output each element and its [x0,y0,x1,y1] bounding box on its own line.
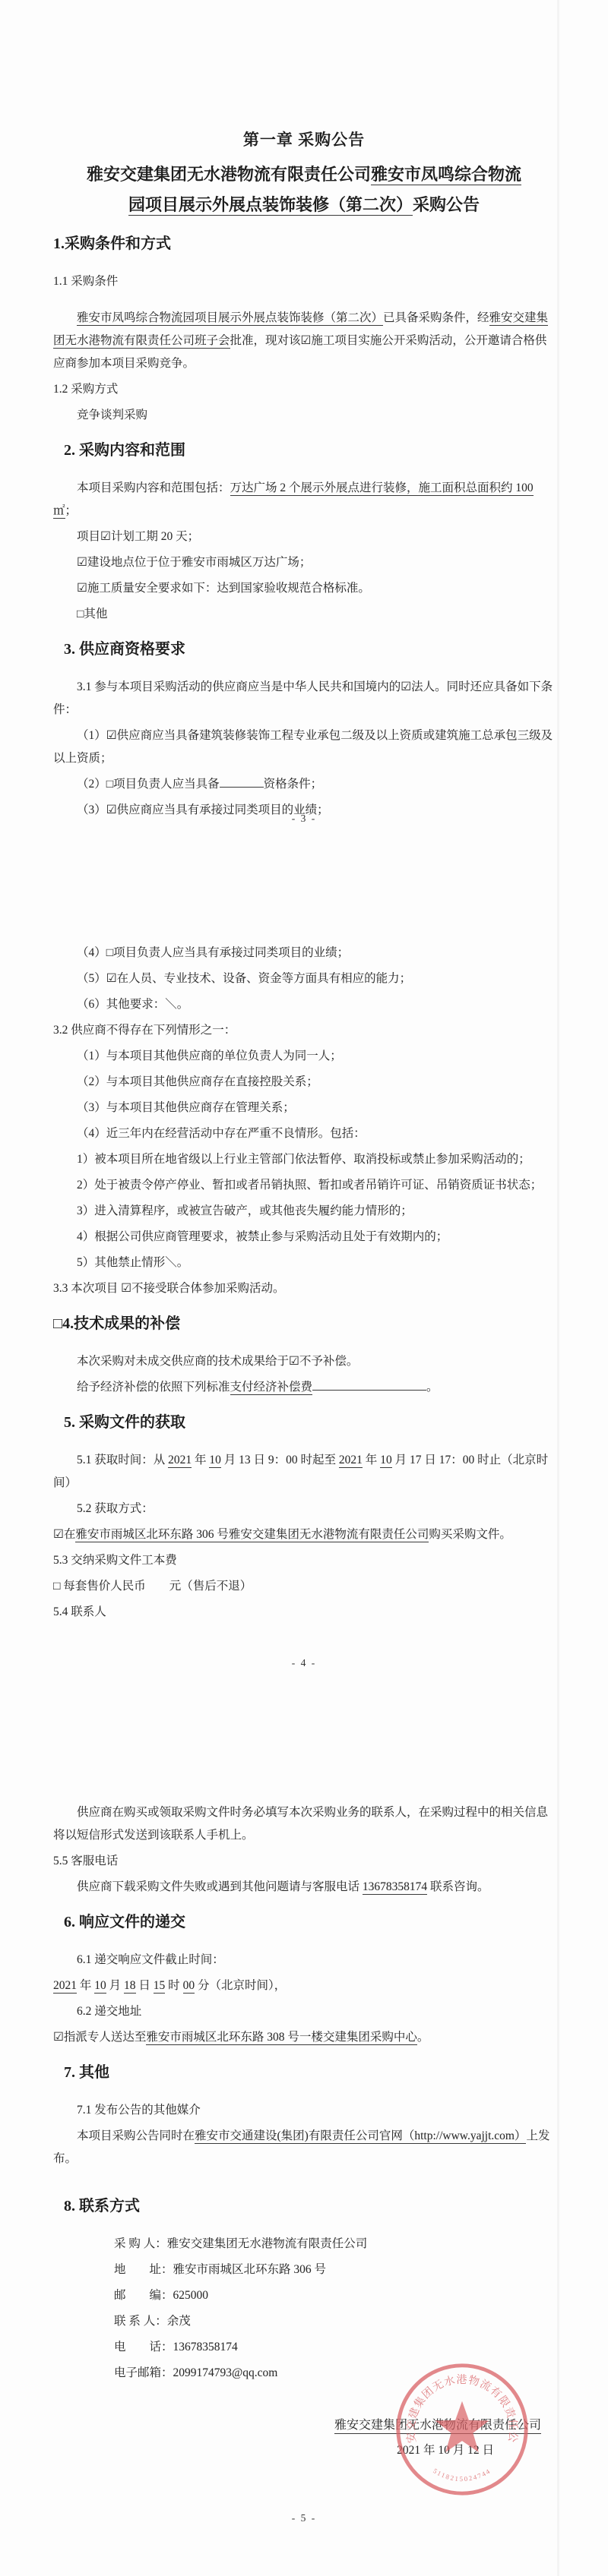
compensation-paragraph: 本次采购对未成交供应商的技术成果给于☑不予补偿。 [53,1350,555,1373]
scope-paragraph: 本项目采购内容和范围包括：万达广场 2 个展示外展点进行装修，施工面积总面积约 … [53,477,555,522]
blank-line [312,1378,426,1391]
clause-5-4: 5.4 联系人 [53,1601,555,1624]
section-4-heading: □4.技术成果的补偿 [53,1311,555,1337]
chapter-title: 第一章 采购公告 [53,128,555,150]
contact-row-purchaser: 采 购 人：雅安交建集团无水港物流有限责任公司 [114,2233,555,2256]
blank-line [220,775,264,788]
clause-1-1-heading: 1.1 采购条件 [53,270,555,293]
clause-5-3: 5.3 交纳采购文件工本费 [53,1549,555,1572]
contact-value: 雅安市雨城区北环东路 306 号 [173,2263,327,2276]
qualification-item-2: （2）□项目负责人应当具备资格条件； [53,773,555,796]
clause-1-2-heading: 1.2 采购方式 [53,378,555,401]
plain-text: （2）□项目负责人应当具备 [77,778,220,791]
plain-text: 年 [77,1979,94,1992]
clause-3-1: 3.1 参与本项目采购活动的供应商应当是中华人民共和国境内的☑法人。同时还应具备… [53,676,555,721]
clause-5-5: 5.5 客服电话 [53,1850,555,1873]
plain-text: 已具备采购条件，经 [383,311,489,324]
conflict-item-3: （3）与本项目其他供应商存在管理关系； [53,1097,555,1119]
clause-5-2-detail: ☑在雅安市雨城区北环东路 306 号雅安交建集团无水港物流有限责任公司购买采购文… [53,1523,555,1546]
page-2: （4）□项目负责人应当具有承接过同类项目的业绩； （5）☑在人员、专业技术、设备… [0,939,608,1706]
scanned-document: 第一章 采购公告 雅安交建集团无水港物流有限责任公司雅安市凤鸣综合物流园项目展示… [0,0,608,2576]
plain-text: 年 [192,1454,209,1466]
underlined-pay-text: 支付经济补偿费 [230,1381,313,1395]
plain-text: 给予经济补偿的依照下列标准 [77,1381,230,1394]
qualification-item-5: （5）☑在人员、专业技术、设备、资金等方面具有相应的能力； [53,968,555,990]
bad-record-item-2: 2）处于被责令停产停业、暂扣或者吊销执照、暂扣或者吊销许可证、吊销资质证书状态； [53,1174,555,1197]
plain-text: 年 [363,1454,380,1466]
conflict-item-1: （1）与本项目其他供应商的单位负责人为同一人； [53,1045,555,1068]
section-1-heading: 1.采购条件和方式 [53,231,555,257]
title-underlined-text: 园项目展示外展点装饰装修（第二次） [128,195,413,216]
underlined-day: 18 [124,1979,136,1994]
scope-item-location: ☑建设地点位于位于雅安市雨城区万达广场； [53,551,555,574]
plain-text: 月 [106,1979,124,1992]
clause-6-2-detail: ☑指派专人送达至雅安市雨城区北环东路 308 号一楼交建集团采购中心。 [53,2026,555,2049]
compensation-standard: 给予经济补偿的依照下列标准支付经济补偿费。 [53,1376,555,1399]
plain-text: 日 [136,1979,154,1992]
underlined-month: 10 [94,1979,106,1994]
plain-text: 5.1 获取时间：从 [77,1454,168,1466]
contact-value: 2099174793@qq.com [173,2366,278,2379]
section-8-heading: 8. 联系方式 [64,2193,555,2219]
company-seal-stamp: 雅安交建集团无水港物流有限责任公司 5118215024744 [391,2359,533,2500]
contact-row-person: 联 系 人：余茂 [114,2310,555,2333]
contact-value: 625000 [173,2289,209,2302]
clause-1-1-paragraph: 雅安市凤鸣综合物流园项目展示外展点装饰装修（第二次）已具备采购条件，经雅安交建集… [53,307,555,375]
contact-row-address: 地 址：雅安市雨城区北环东路 306 号 [114,2259,555,2281]
plain-text: 联系咨询。 [427,1880,489,1893]
section-5-heading: 5. 采购文件的获取 [64,1410,555,1435]
plain-text: 分（北京时间）， [195,1979,286,1992]
underlined-minute: 00 [183,1979,195,1994]
plain-text: 时 [165,1979,182,1992]
contact-value: 余茂 [167,2315,191,2328]
clause-5-1: 5.1 获取时间：从 2021 年 10 月 13 日 9：00 时起至 202… [53,1449,555,1495]
underlined-month: 10 [209,1454,221,1468]
underlined-year: 2021 [339,1454,363,1468]
section-6-heading: 6. 响应文件的递交 [64,1909,555,1935]
deadline-line: 2021 年 10 月 18 日 15 时 00 分（北京时间）， [53,1975,555,1997]
bad-record-item-5: 5）其他禁止情形＼。 [53,1252,555,1274]
conflict-item-4: （4）近三年内在经营活动中存在严重不良情形。包括： [53,1122,555,1145]
underlined-year: 2021 [168,1454,192,1468]
contact-label: 邮 编： [114,2289,173,2302]
contact-label: 联 系 人： [114,2315,167,2328]
underlined-address: 雅安市雨城区北环东路 306 号雅安交建集团无水港物流有限责任公司 [75,1528,429,1542]
plain-text: 本项目采购公告同时在 [77,2129,195,2142]
contact-row-phone: 电 话：13678358174 [114,2336,555,2359]
qualification-item-4: （4）□项目负责人应当具有承接过同类项目的业绩； [53,942,555,964]
plain-text: ☑在 [53,1528,75,1541]
underlined-phone: 13678358174 [363,1880,427,1895]
page-1: 第一章 采购公告 雅安交建集团无水港物流有限责任公司雅安市凤鸣综合物流园项目展示… [0,128,608,902]
contact-note-paragraph: 供应商在购买或领取采购文件时务必填写本次采购业务的联系人，在采购过程中的相关信息… [53,1801,555,1847]
section-3-heading: 3. 供应商资格要求 [64,636,555,662]
plain-text: 供应商下载采购文件失败或遇到其他问题请与客服电话 [77,1880,363,1893]
page-number-4: - 4 - [0,1657,608,1669]
qualification-item-1: （1）☑供应商应当具备建筑装修装饰工程专业承包二级及以上资质或建筑施工总承包三级… [53,724,555,770]
clause-5-5-detail: 供应商下载采购文件失败或遇到其他问题请与客服电话 13678358174 联系咨… [53,1876,555,1899]
plain-text: 购买采购文件。 [429,1528,511,1541]
contact-value: 13678358174 [173,2341,238,2353]
plain-text: 。 [426,1381,439,1394]
document-title: 雅安交建集团无水港物流有限责任公司雅安市凤鸣综合物流园项目展示外展点装饰装修（第… [53,159,555,220]
scope-item-quality: ☑施工质量安全要求如下：达到国家验收规范合格标准。 [53,577,555,600]
clause-3-3: 3.3 本次项目 ☑不接受联合体参加采购活动。 [53,1277,555,1300]
contact-label: 电子邮箱： [114,2366,173,2379]
plain-text: ； [65,504,78,517]
clause-5-2: 5.2 获取方式： [53,1498,555,1520]
contact-value: 雅安交建集团无水港物流有限责任公司 [167,2237,368,2250]
scope-item-duration: 项目☑计划工期 20 天； [53,526,555,548]
underlined-hour: 15 [154,1979,166,1994]
underlined-delivery-address: 雅安市雨城区北环东路 308 号一楼交建集团采购中心 [146,2031,417,2045]
clause-7-1: 7.1 发布公告的其他媒介 [53,2099,555,2122]
contact-label: 采 购 人： [114,2237,167,2250]
contact-label: 电 话： [114,2341,173,2353]
bad-record-item-1: 1）被本项目所在地省级以上行业主管部门依法暂停、取消投标或禁止参加采购活动的； [53,1148,555,1171]
contact-row-zipcode: 邮 编：625000 [114,2284,555,2307]
underlined-year: 2021 [53,1979,77,1994]
title-text: 采购公告 [413,195,480,214]
procurement-method: 竞争谈判采购 [53,404,555,427]
bad-record-item-3: 3）进入清算程序，或被宣告破产，或其他丧失履约能力情形的； [53,1200,555,1223]
underlined-project-name: 雅安市凤鸣综合物流园项目展示外展点装饰装修（第二次） [77,311,383,326]
seal-serial-number: 5118215024744 [432,2467,492,2483]
contact-label: 地 址： [114,2263,173,2276]
underlined-website: 雅安市交通建设(集团)有限责任公司官网（http://www.yajjt.com… [195,2129,526,2144]
scope-item-other: □其他 [53,603,555,626]
clause-6-1: 6.1 递交响应文件截止时间： [53,1949,555,1971]
seal-star-icon [435,2401,489,2452]
title-underlined-text: 雅安市凤鸣综合物流 [371,165,521,185]
clause-5-3-detail: □ 每套售价人民币 元（售后不退） [53,1575,555,1598]
page-number-3: - 3 - [0,813,608,825]
underlined-month: 10 [380,1454,392,1468]
clause-3-2: 3.2 供应商不得存在下列情形之一： [53,1019,555,1042]
plain-text: 本项目采购内容和范围包括： [77,481,230,494]
plain-text: ☑指派专人送达至 [53,2031,146,2044]
section-2-heading: 2. 采购内容和范围 [64,437,555,463]
section-7-heading: 7. 其他 [64,2060,555,2085]
bad-record-item-4: 4）根据公司供应商管理要求，被禁止参与采购活动且处于有效期内的； [53,1226,555,1249]
page-number-5: - 5 - [0,2512,608,2524]
plain-text: 月 13 日 9：00 时起至 [221,1454,339,1466]
clause-7-1-detail: 本项目采购公告同时在雅安市交通建设(集团)有限责任公司官网（http://www… [53,2125,555,2170]
clause-6-2: 6.2 递交地址 [53,2000,555,2023]
page-3: 供应商在购买或领取采购文件时务必填写本次采购业务的联系人，在采购过程中的相关信息… [0,1798,608,2576]
conflict-item-2: （2）与本项目其他供应商存在直接控股关系； [53,1071,555,1094]
plain-text: 资格条件； [264,778,323,791]
qualification-item-6: （6）其他要求：＼。 [53,993,555,1016]
plain-text: 。 [417,2031,429,2044]
title-text: 雅安交建集团无水港物流有限责任公司 [87,165,371,184]
